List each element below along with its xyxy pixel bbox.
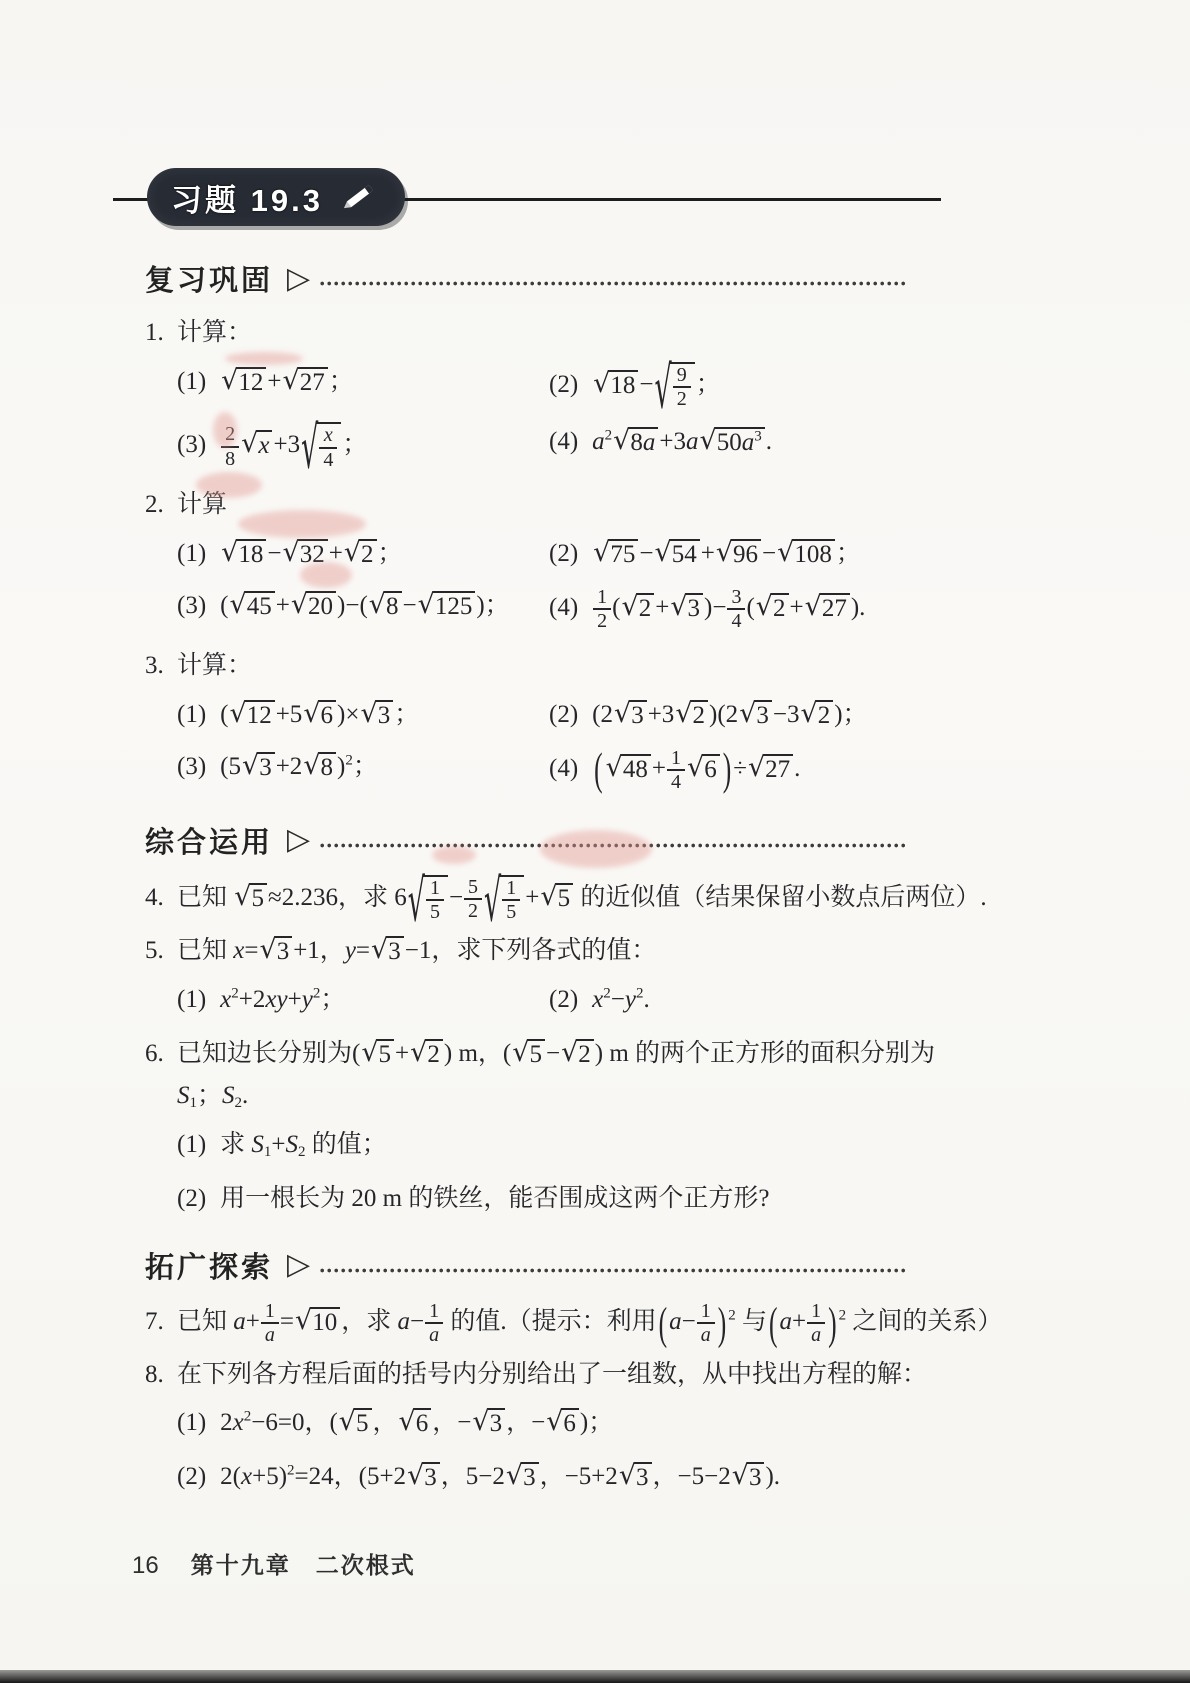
dotted-leader-line bbox=[320, 1268, 908, 1273]
sqrt: √75 bbox=[593, 539, 638, 570]
sqrt: √27 bbox=[748, 754, 793, 785]
sqrt: √2 bbox=[621, 593, 654, 624]
problem-line: 8.在下列各方程后面的括号内分别给出了一组数，从中找出方程的解： bbox=[145, 1355, 960, 1396]
chapter-title: 第十九章 二次根式 bbox=[191, 1547, 416, 1580]
scan-edge bbox=[0, 1670, 1190, 1683]
sqrt: √5 bbox=[339, 1408, 372, 1439]
radicand: 15 bbox=[423, 875, 448, 924]
denominator: a bbox=[425, 1324, 443, 1346]
sqrt: √50a3 bbox=[699, 427, 764, 458]
radicand: 48 bbox=[621, 754, 651, 785]
problem-line: 5.已知 x=√3+1，y=√3−1，求下列各式的值： bbox=[145, 931, 960, 972]
sqrt: √6 bbox=[303, 700, 336, 731]
radicand: 18 bbox=[608, 370, 638, 401]
fraction: x4 bbox=[319, 424, 337, 471]
sqrt: √3 bbox=[259, 936, 292, 967]
problem-line: 4.已知 √5≈2.236，求 6√15−52√15+√5 的近似值（结果保留小… bbox=[145, 875, 960, 924]
denominator: 2 bbox=[593, 610, 611, 632]
radicand: 92 bbox=[670, 362, 695, 411]
part-item: (1)求 S1+S2 的值； bbox=[177, 1125, 960, 1165]
part-math: 12(√2+√3)−34(√2+√27). bbox=[592, 594, 865, 621]
sqrt: √2 bbox=[756, 593, 789, 624]
part-item: (4)(√48+14√6)÷√27. bbox=[549, 747, 960, 794]
part-label: (4) bbox=[549, 428, 578, 455]
fraction: 52 bbox=[464, 876, 482, 923]
sections: 复习巩固▷1.计算：(1)√12+√27；(2)√18−√92；(3)28√x+… bbox=[145, 258, 960, 1497]
triangle-marker-icon: ▷ bbox=[287, 1250, 310, 1280]
sqrt: √3 bbox=[472, 1408, 505, 1439]
numerator: 1 bbox=[697, 1300, 715, 1324]
sqrt: √3 bbox=[739, 700, 772, 731]
part-item: (2)√18−√92； bbox=[549, 362, 960, 411]
fraction: 12 bbox=[593, 586, 611, 633]
right-paren: ) bbox=[723, 734, 732, 807]
denominator: a bbox=[697, 1324, 715, 1346]
problem-line: 1.计算： bbox=[145, 313, 960, 354]
print-smudge bbox=[213, 412, 237, 448]
radicand: 3 bbox=[629, 700, 647, 731]
denominator: 5 bbox=[502, 901, 520, 923]
exercise-banner: 习题 19.3 bbox=[145, 168, 960, 232]
section-3: 拓广探索▷7.已知 a+1a=√10，求 a−1a 的值.（提示：利用(a−1a… bbox=[145, 1245, 960, 1497]
sqrt: √125 bbox=[418, 591, 476, 622]
radicand: 45 bbox=[245, 591, 275, 622]
part-label: (2) bbox=[549, 540, 578, 567]
section-title: 复习巩固 bbox=[145, 258, 273, 299]
part-label: (1) bbox=[177, 1409, 206, 1436]
sqrt: √5 bbox=[361, 1039, 394, 1070]
radicand: 6 bbox=[561, 1408, 579, 1439]
part-math: x2+2xy+y2； bbox=[220, 986, 345, 1013]
sqrt: √3 bbox=[619, 1462, 652, 1493]
section-header: 复习巩固▷ bbox=[145, 258, 960, 299]
sqrt: √5 bbox=[540, 883, 573, 914]
textbook-page: { "page": { "banner_title": "习题 19.3", "… bbox=[0, 0, 1190, 1683]
part-item: (4)12(√2+√3)−34(√2+√27). bbox=[549, 586, 960, 633]
denominator: a bbox=[261, 1324, 279, 1346]
part-item: (1)x2+2xy+y2； bbox=[177, 980, 549, 1020]
radicand: 3 bbox=[386, 936, 404, 967]
numerator: 1 bbox=[502, 877, 520, 901]
sqrt: √8 bbox=[303, 752, 336, 783]
problem-3: 3.计算：(1)(√12+5√6)×√3；(2)(2√3+3√2)(2√3−3√… bbox=[145, 646, 960, 793]
problem-number: 4. bbox=[145, 878, 177, 919]
radicand: 20 bbox=[306, 591, 336, 622]
numerator: 9 bbox=[673, 364, 691, 388]
radicand: 27 bbox=[763, 754, 793, 785]
part-item: (2)√75−√54+√96−√108； bbox=[549, 534, 960, 574]
numerator: 3 bbox=[727, 586, 745, 610]
print-smudge bbox=[238, 510, 366, 538]
fraction: 15 bbox=[426, 877, 444, 924]
radicand: 2 bbox=[359, 539, 377, 570]
part-label: (3) bbox=[177, 753, 206, 780]
radicand: x bbox=[256, 430, 272, 461]
radical-sign: √ bbox=[484, 873, 501, 932]
sqrt: √3 bbox=[614, 700, 647, 731]
sqrt: √15 bbox=[408, 875, 448, 924]
problem-parts: (1)(√12+5√6)×√3；(2)(2√3+3√2)(2√3−3√2)；(3… bbox=[145, 695, 960, 794]
radicand: 96 bbox=[731, 539, 761, 570]
print-smudge bbox=[300, 562, 352, 588]
radicand: 3 bbox=[747, 1462, 765, 1493]
section-title: 拓广探索 bbox=[145, 1245, 273, 1286]
radicand: 6 bbox=[414, 1408, 432, 1439]
problem-number: 6. bbox=[145, 1034, 177, 1075]
denominator: 2 bbox=[673, 388, 691, 410]
sqrt: √20 bbox=[291, 591, 336, 622]
fraction: 1a bbox=[425, 1300, 443, 1347]
part-label: (1) bbox=[177, 368, 206, 395]
numerator: 1 bbox=[426, 877, 444, 901]
fraction: 1a bbox=[697, 1300, 715, 1347]
sqrt: √3 bbox=[407, 1462, 440, 1493]
numerator: 5 bbox=[464, 876, 482, 900]
part-math: 2(x+5)2=24，(5+2√3，5−2√3，−5+2√3，−5−2√3). bbox=[220, 1463, 780, 1490]
radicand: 3 bbox=[275, 936, 293, 967]
problem-line: 3.计算： bbox=[145, 646, 960, 687]
banner-title: 习题 19.3 bbox=[171, 175, 323, 220]
sqrt: √3 bbox=[506, 1462, 539, 1493]
triangle-marker-icon: ▷ bbox=[287, 825, 310, 855]
radical-sign: √ bbox=[654, 360, 671, 419]
section-header: 拓广探索▷ bbox=[145, 1245, 960, 1286]
part-item: (1)√18−√32+√2； bbox=[177, 534, 549, 574]
part-label: (3) bbox=[177, 431, 206, 458]
sqrt: √27 bbox=[282, 367, 327, 398]
problem-4: 4.已知 √5≈2.236，求 6√15−52√15+√5 的近似值（结果保留小… bbox=[145, 875, 960, 924]
page-number: 16 bbox=[132, 1552, 159, 1580]
radicand: 12 bbox=[236, 367, 266, 398]
radicand: 5 bbox=[249, 883, 267, 914]
sqrt: √6 bbox=[546, 1408, 579, 1439]
radicand: 5 bbox=[354, 1408, 372, 1439]
radicand: 18 bbox=[236, 539, 266, 570]
sqrt: √6 bbox=[399, 1408, 432, 1439]
problem-number: 2. bbox=[145, 485, 177, 526]
radicand: 27 bbox=[820, 593, 850, 624]
problem-number: 7. bbox=[145, 1302, 177, 1343]
radicand: 2 bbox=[637, 593, 655, 624]
sqrt: √10 bbox=[295, 1307, 340, 1338]
problem-1: 1.计算：(1)√12+√27；(2)√18−√92；(3)28√x+3√x4；… bbox=[145, 313, 960, 471]
problem-text: 已知 x=√3+1，y=√3−1，求下列各式的值： bbox=[177, 937, 656, 964]
part-item: (2)2(x+5)2=24，(5+2√3，5−2√3，−5+2√3，−5−2√3… bbox=[177, 1457, 960, 1497]
sqrt: √92 bbox=[654, 362, 694, 411]
part-math: x2−y2. bbox=[592, 986, 650, 1013]
sqrt: √96 bbox=[716, 539, 761, 570]
left-paren: ( bbox=[594, 734, 603, 807]
sqrt: √27 bbox=[805, 593, 850, 624]
radicand: 3 bbox=[422, 1462, 440, 1493]
part-label: (3) bbox=[177, 592, 206, 619]
radicand: 5 bbox=[556, 883, 574, 914]
numerator: 1 bbox=[261, 1300, 279, 1324]
part-math: (5√3+2√8)2； bbox=[220, 753, 378, 780]
sqrt: √5 bbox=[234, 883, 267, 914]
section-2: 综合运用▷4.已知 √5≈2.236，求 6√15−52√15+√5 的近似值（… bbox=[145, 820, 960, 1219]
sqrt: √2 bbox=[410, 1039, 443, 1070]
sqrt: √2 bbox=[675, 700, 708, 731]
part-label: (1) bbox=[177, 701, 206, 728]
sqrt: √2 bbox=[561, 1039, 594, 1070]
sqrt: √8 bbox=[369, 591, 402, 622]
numerator: 1 bbox=[593, 586, 611, 610]
part-math: (√48+14√6)÷√27. bbox=[592, 755, 800, 782]
part-label: (1) bbox=[177, 540, 206, 567]
problem-text: 已知边长分别为(√5+√2) m，(√5−√2) m 的两个正方形的面积分别为 bbox=[177, 1040, 935, 1067]
radicand: 75 bbox=[608, 539, 638, 570]
sqrt: √3 bbox=[360, 700, 393, 731]
radicand: 2 bbox=[691, 700, 709, 731]
radicand: 3 bbox=[634, 1462, 652, 1493]
dotted-leader-line bbox=[320, 281, 908, 286]
radicand: 3 bbox=[686, 593, 704, 624]
part-math: 求 S1+S2 的值； bbox=[220, 1131, 387, 1158]
part-label: (1) bbox=[177, 1131, 206, 1158]
denominator: a bbox=[807, 1324, 825, 1346]
part-label: (1) bbox=[177, 986, 206, 1013]
part-label: (4) bbox=[549, 594, 578, 621]
fraction: 15 bbox=[502, 877, 520, 924]
numerator: 1 bbox=[667, 747, 685, 771]
part-label: (2) bbox=[549, 986, 578, 1013]
problem-number: 1. bbox=[145, 313, 177, 354]
fraction: 34 bbox=[727, 586, 745, 633]
sqrt: √2 bbox=[344, 539, 377, 570]
part-math: (2√3+3√2)(2√3−3√2)； bbox=[592, 701, 867, 728]
problem-parts: (1)√18−√32+√2；(2)√75−√54+√96−√108；(3)(√4… bbox=[145, 534, 960, 633]
problem-parts: (1)√12+√27；(2)√18−√92；(3)28√x+3√x4；(4)a2… bbox=[145, 362, 960, 472]
part-math: √12+√27； bbox=[220, 368, 354, 395]
sqrt: √12 bbox=[221, 367, 266, 398]
left-paren: ( bbox=[659, 1286, 668, 1360]
problem-number: 8. bbox=[145, 1355, 177, 1396]
part-item: (1)2x2−6=0，(√5，√6，−√3，−√6)； bbox=[177, 1403, 960, 1443]
radicand: 8 bbox=[384, 591, 402, 622]
denominator: 4 bbox=[319, 449, 337, 471]
problem-line: 6.已知边长分别为(√5+√2) m，(√5−√2) m 的两个正方形的面积分别… bbox=[145, 1034, 960, 1075]
problem-parts: (1)2x2−6=0，(√5，√6，−√3，−√6)；(2)2(x+5)2=24… bbox=[145, 1403, 960, 1497]
print-smudge bbox=[196, 472, 262, 498]
part-item: (2)(2√3+3√2)(2√3−3√2)； bbox=[549, 695, 960, 735]
pencil-icon bbox=[336, 176, 379, 219]
radicand: 3 bbox=[521, 1462, 539, 1493]
radicand: 6 bbox=[319, 700, 337, 731]
part-label: (2) bbox=[177, 1463, 206, 1490]
sqrt: √18 bbox=[593, 370, 638, 401]
problem-8: 8.在下列各方程后面的括号内分别给出了一组数，从中找出方程的解：(1)2x2−6… bbox=[145, 1355, 960, 1498]
radicand: 10 bbox=[310, 1307, 340, 1338]
problem-text: S1；S2. bbox=[177, 1082, 248, 1109]
radicand: 6 bbox=[702, 754, 720, 785]
part-label: (2) bbox=[549, 371, 578, 398]
denominator: 4 bbox=[727, 610, 745, 632]
big-parens: (√48+14√6) bbox=[592, 755, 733, 782]
problem-number: 3. bbox=[145, 646, 177, 687]
problem-7: 7.已知 a+1a=√10，求 a−1a 的值.（提示：利用(a−1a)2 与(… bbox=[145, 1300, 960, 1347]
denominator: 8 bbox=[221, 448, 239, 470]
sqrt: √108 bbox=[777, 539, 835, 570]
sqrt: √45 bbox=[229, 591, 274, 622]
problem-text: 已知 a+1a=√10，求 a−1a 的值.（提示：利用(a−1a)2 与(a+… bbox=[177, 1308, 1002, 1335]
radicand: 125 bbox=[433, 591, 476, 622]
radicand: 54 bbox=[670, 539, 700, 570]
sqrt: √3 bbox=[732, 1462, 765, 1493]
denominator: 2 bbox=[464, 900, 482, 922]
part-label: (2) bbox=[549, 701, 578, 728]
part-item: (3)(5√3+2√8)2； bbox=[177, 747, 549, 794]
right-paren: ) bbox=[828, 1286, 837, 1360]
sqrt: √54 bbox=[654, 539, 699, 570]
radicand: 3 bbox=[257, 752, 275, 783]
problem-2: 2.计算(1)√18−√32+√2；(2)√75−√54+√96−√108；(3… bbox=[145, 485, 960, 632]
sqrt: √5 bbox=[512, 1039, 545, 1070]
radicand: 12 bbox=[245, 700, 275, 731]
part-item: (3)(√45+√20)−(√8−√125)； bbox=[177, 586, 549, 633]
left-paren: ( bbox=[769, 1286, 778, 1360]
sqrt: √48 bbox=[606, 754, 651, 785]
part-math: 用一根长为 20 m 的铁丝，能否围成这两个正方形? bbox=[220, 1185, 769, 1212]
problem-parts: (1)求 S1+S2 的值；(2)用一根长为 20 m 的铁丝，能否围成这两个正… bbox=[145, 1125, 960, 1219]
problem-6: 6.已知边长分别为(√5+√2) m，(√5−√2) m 的两个正方形的面积分别… bbox=[145, 1034, 960, 1219]
problem-line: S1；S2. bbox=[145, 1076, 960, 1117]
part-math: √18−√32+√2； bbox=[220, 540, 402, 567]
problem-5: 5.已知 x=√3+1，y=√3−1，求下列各式的值：(1)x2+2xy+y2；… bbox=[145, 931, 960, 1020]
sqrt: √x4 bbox=[301, 422, 341, 471]
radicand: 2 bbox=[576, 1039, 594, 1070]
part-math: 2x2−6=0，(√5，√6，−√3，−√6)； bbox=[220, 1409, 613, 1436]
sqrt: √15 bbox=[484, 875, 524, 924]
radicand: 15 bbox=[499, 875, 524, 924]
fraction: 92 bbox=[673, 364, 691, 411]
radicand: 108 bbox=[792, 539, 835, 570]
part-item: (4)a2√8a+3a√50a3. bbox=[549, 422, 960, 471]
numerator: 1 bbox=[425, 1300, 443, 1324]
page-footer: 16 第十九章 二次根式 bbox=[132, 1547, 416, 1580]
fraction: 1a bbox=[807, 1300, 825, 1347]
sqrt: √18 bbox=[221, 539, 266, 570]
problem-text: 计算： bbox=[177, 319, 252, 346]
part-math: √18−√92； bbox=[592, 371, 721, 398]
part-item: (2)用一根长为 20 m 的铁丝，能否围成这两个正方形? bbox=[177, 1179, 960, 1219]
sqrt: √3 bbox=[242, 752, 275, 783]
part-item: (1)(√12+5√6)×√3； bbox=[177, 695, 549, 735]
part-item: (1)√12+√27； bbox=[177, 362, 549, 411]
part-math: √75−√54+√96−√108； bbox=[592, 540, 861, 567]
denominator: 5 bbox=[426, 901, 444, 923]
part-label: (4) bbox=[549, 755, 578, 782]
part-math: a2√8a+3a√50a3. bbox=[592, 428, 772, 455]
problem-text: 计算： bbox=[177, 652, 252, 679]
radicand: 5 bbox=[377, 1039, 395, 1070]
radicand: x4 bbox=[316, 422, 341, 471]
radicand: 5 bbox=[527, 1039, 545, 1070]
numerator: 1 bbox=[807, 1300, 825, 1324]
sqrt: √12 bbox=[229, 700, 274, 731]
part-math: 28√x+3√x4； bbox=[220, 431, 367, 458]
problem-parts: (1)x2+2xy+y2；(2)x2−y2. bbox=[145, 980, 960, 1020]
part-math: (√12+5√6)×√3； bbox=[220, 701, 419, 728]
big-parens: (a+1a) bbox=[767, 1308, 839, 1335]
big-parens: (a−1a) bbox=[657, 1308, 729, 1335]
radicand: 3 bbox=[488, 1408, 506, 1439]
fraction: 1a bbox=[261, 1300, 279, 1347]
radicand: 2 bbox=[425, 1039, 443, 1070]
problem-text: 在下列各方程后面的括号内分别给出了一组数，从中找出方程的解： bbox=[177, 1361, 927, 1388]
radicand: 8a bbox=[628, 427, 658, 458]
part-label: (2) bbox=[177, 1185, 206, 1212]
section-title: 综合运用 bbox=[145, 820, 273, 861]
problem-number: 5. bbox=[145, 931, 177, 972]
sqrt: √3 bbox=[371, 936, 404, 967]
print-smudge bbox=[225, 352, 303, 365]
radicand: 2 bbox=[816, 700, 834, 731]
sqrt: √8a bbox=[613, 427, 658, 458]
right-paren: ) bbox=[718, 1286, 727, 1360]
radical-sign: √ bbox=[301, 420, 318, 479]
radicand: 3 bbox=[376, 700, 394, 731]
print-smudge bbox=[540, 830, 652, 868]
radicand: 8 bbox=[319, 752, 337, 783]
numerator: x bbox=[319, 424, 337, 448]
denominator: 4 bbox=[667, 771, 685, 793]
print-smudge bbox=[432, 846, 476, 864]
problem-text: 已知 √5≈2.236，求 6√15−52√15+√5 的近似值（结果保留小数点… bbox=[177, 884, 987, 911]
radicand: 2 bbox=[771, 593, 789, 624]
fraction: 14 bbox=[667, 747, 685, 794]
problem-line: 7.已知 a+1a=√10，求 a−1a 的值.（提示：利用(a−1a)2 与(… bbox=[145, 1300, 960, 1347]
exercise-banner-pill: 习题 19.3 bbox=[147, 168, 405, 226]
radical-sign: √ bbox=[408, 873, 425, 932]
sqrt: √2 bbox=[801, 700, 834, 731]
radicand: 27 bbox=[298, 367, 328, 398]
sqrt: √x bbox=[241, 430, 272, 461]
triangle-marker-icon: ▷ bbox=[287, 264, 310, 294]
sqrt: √6 bbox=[687, 754, 720, 785]
radicand: 50a3 bbox=[715, 427, 765, 458]
part-math: (√45+√20)−(√8−√125)； bbox=[220, 592, 510, 619]
radicand: 3 bbox=[754, 700, 772, 731]
part-item: (2)x2−y2. bbox=[549, 980, 960, 1020]
sqrt: √3 bbox=[670, 593, 703, 624]
